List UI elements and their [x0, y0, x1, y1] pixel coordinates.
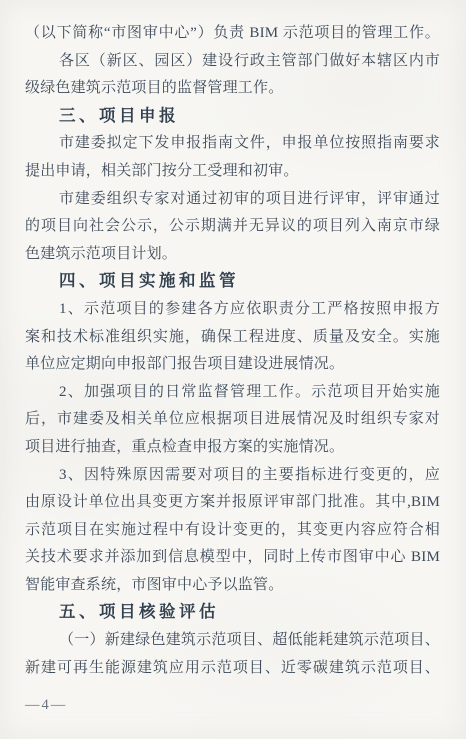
body-line: 提出申请，相关部门按分工受理和初审。 [25, 158, 440, 186]
body-line: （以下简称“市图审中心”）负责 BIM 示范项目的管理工作。 [25, 20, 440, 48]
section-heading: 五、项目核验评估 [25, 599, 440, 627]
body-line: 2、加强项目的日常监督管理工作。示范项目开始实施 [25, 379, 440, 407]
document-page: （以下简称“市图审中心”）负责 BIM 示范项目的管理工作。 各区（新区、园区）… [0, 0, 466, 739]
body-line: 市建委拟定下发申报指南文件，申报单位按照指南要求 [25, 130, 440, 158]
body-line: 1、示范项目的参建各方应依职责分工严格按照申报方 [25, 296, 440, 324]
page-number: —4— [25, 697, 67, 714]
body-line: 级绿色建筑示范项目的监督管理工作。 [25, 75, 440, 103]
body-line: 各区（新区、园区）建设行政主管部门做好本辖区内市 [25, 48, 440, 76]
body-line: 的项目向社会公示，公示期满并无异议的项目列入南京市绿 [25, 213, 440, 241]
body-line: 新建可再生能源建筑应用示范项目、近零碳建筑示范项目、 [25, 655, 440, 683]
body-line: （一）新建绿色建筑示范项目、超低能耗建筑示范项目、 [25, 627, 440, 655]
body-line: 示范项目在实施过程中有设计变更的，其变更内容应符合相 [25, 517, 440, 545]
body-line: 后，市建委及相关单位应根据项目进展情况及时组织专家对 [25, 406, 440, 434]
section-heading: 四、项目实施和监管 [25, 268, 440, 296]
body-line: 案和技术标准组织实施，确保工程进度、质量及安全。实施 [25, 324, 440, 352]
body-line: 市建委组织专家对通过初审的项目进行评审，评审通过 [25, 186, 440, 214]
section-heading: 三、项目申报 [25, 103, 440, 131]
body-line: 由原设计单位出具变更方案并报原评审部门批准。其中,BIM [25, 489, 440, 517]
body-line: 色建筑示范项目计划。 [25, 241, 440, 269]
body-line: 3、因特殊原因需要对项目的主要指标进行变更的，应 [25, 462, 440, 490]
body-line: 关技术要求并添加到信息模型中，同时上传市图审中心 BIM [25, 544, 440, 572]
body-line: 智能审查系统，市图审中心予以监管。 [25, 572, 440, 600]
body-line: 单位应定期向申报部门报告项目建设进展情况。 [25, 351, 440, 379]
body-line: 项目进行抽查，重点检查申报方案的实施情况。 [25, 434, 440, 462]
